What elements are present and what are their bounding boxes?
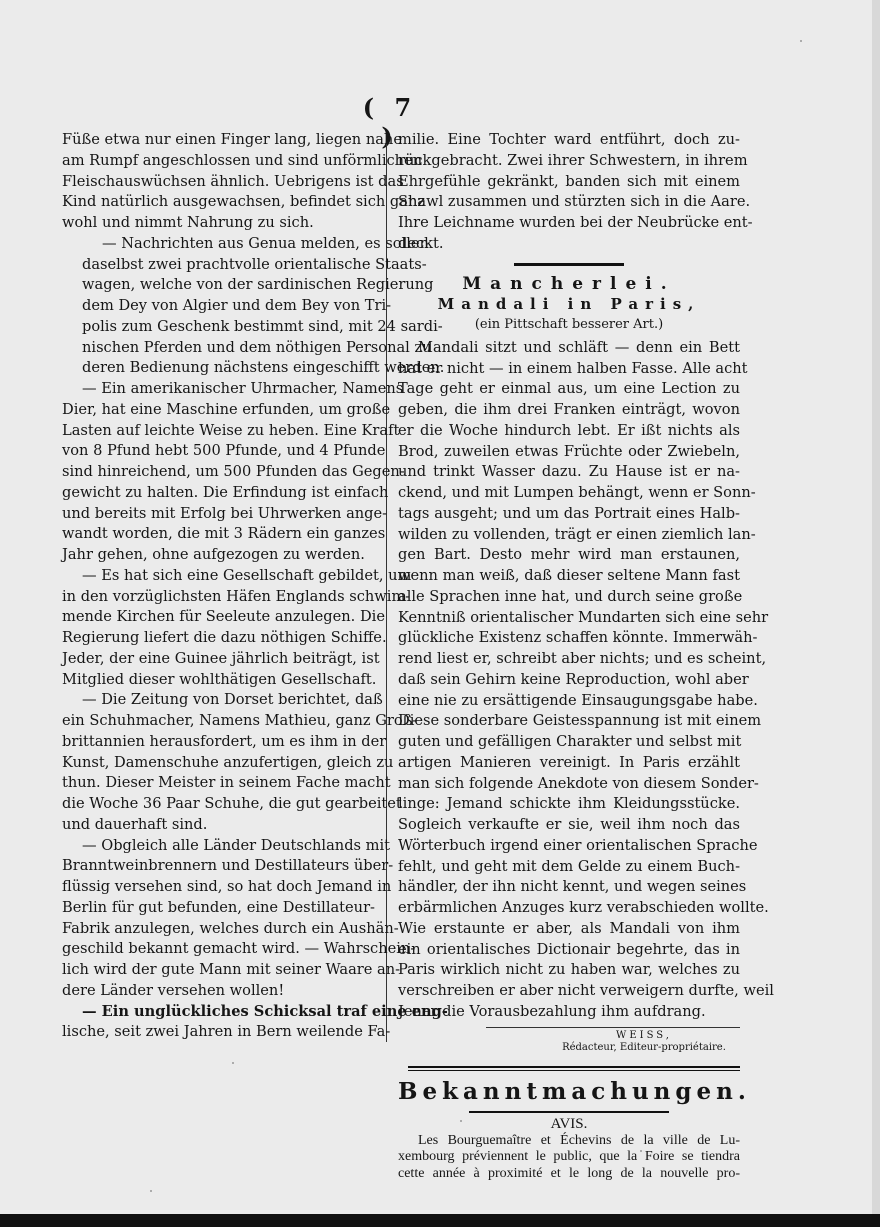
scan-bottom-edge xyxy=(0,1214,880,1227)
text-line: wagen, welche von der sardinischen Regie… xyxy=(62,275,375,296)
text-line: Regierung liefert die dazu nöthigen Schi… xyxy=(62,628,375,649)
avis-title: AVIS. xyxy=(398,1115,740,1133)
text-line: Shawl zusammen und stürzten sich in die … xyxy=(398,192,740,213)
text-line: Dier, hat eine Maschine erfunden, um gro… xyxy=(62,400,375,421)
text-line: von 8 Pfund hebt 500 Pfunde, und 4 Pfund… xyxy=(62,441,375,462)
text-line: Fabrik anzulegen, welches durch ein Aush… xyxy=(62,919,375,940)
section-heading-miscellany: Mancherlei. xyxy=(398,274,740,295)
text-line: erbärmlichen Anzuges kurz verabschieden … xyxy=(398,898,740,919)
text-line: am Rumpf angeschlossen und sind unförmli… xyxy=(62,151,375,172)
text-line: die Woche 36 Paar Schuhe, die gut gearbe… xyxy=(62,794,375,815)
text-line: hat er nicht — in einem halben Fasse. Al… xyxy=(398,359,740,380)
text-line: wenn man weiß, daß dieser seltene Mann f… xyxy=(398,566,740,587)
signature-rule xyxy=(486,1027,740,1028)
text-line: deren Bedienung nächstens eingeschifft w… xyxy=(62,358,375,379)
scan-speck xyxy=(232,1062,234,1064)
text-line: milie. Eine Tochter ward entführt, doch … xyxy=(398,130,740,151)
text-line: sind hinreichend, um 500 Pfunden das Geg… xyxy=(62,462,375,483)
text-line: thun. Dieser Meister in seinem Fache mac… xyxy=(62,773,375,794)
text-line: deckt. xyxy=(398,234,740,255)
text-line: cette année à proximité et le long de la… xyxy=(398,1166,740,1183)
text-line: ckend, und mit Lumpen behängt, wenn er S… xyxy=(398,483,740,504)
text-line: fehlt, und geht mit dem Gelde zu einem B… xyxy=(398,857,740,878)
text-line: ein Schuhmacher, Namens Mathieu, ganz Gr… xyxy=(62,711,375,732)
text-line: ein orientalisches Dictionair begehrte, … xyxy=(398,940,740,961)
right-column: milie. Eine Tochter ward entführt, doch … xyxy=(398,130,740,1182)
text-line: Lasten auf leichte Weise zu heben. Eine … xyxy=(62,421,375,442)
text-line: Jahr gehen, ohne aufgezogen zu werden. xyxy=(62,545,375,566)
text-line: wandt worden, die mit 3 Rädern ein ganze… xyxy=(62,524,375,545)
text-line: — Obgleich alle Länder Deutschlands mit xyxy=(62,836,375,857)
text-line: tags ausgeht; und um das Portrait eines … xyxy=(398,504,740,525)
text-line: verschreiben er aber nicht verweigern du… xyxy=(398,981,740,1002)
text-line: lich wird der gute Mann mit seiner Waare… xyxy=(62,960,375,981)
scan-right-edge xyxy=(872,0,880,1214)
article-american-watchmaker: — Ein amerikanischer Uhrmacher, Namens D… xyxy=(62,379,375,566)
text-line: artigen Manieren vereinigt. In Paris erz… xyxy=(398,753,740,774)
newspaper-page: ( 7 ) Füße etwa nur einen Finger lang, l… xyxy=(0,0,874,1214)
scan-speck xyxy=(460,1120,462,1122)
editor-title: Rédacteur, Editeur-propriétaire. xyxy=(548,1042,740,1054)
text-line: Mandali sitzt und schläft — denn ein Bet… xyxy=(398,338,740,359)
text-line: Wie erstaunte er aber, als Mandali von i… xyxy=(398,919,740,940)
text-line: Ihre Leichname wurden bei der Neubrücke … xyxy=(398,213,740,234)
text-line: eine nie zu ersättigende Einsaugungsgabe… xyxy=(398,691,740,712)
text-line: und trinkt Wasser dazu. Zu Hause ist er … xyxy=(398,462,740,483)
text-line: wilden zu vollenden, trägt er einen ziem… xyxy=(398,525,740,546)
text-line: Sogleich verkaufte er sie, weil ihm noch… xyxy=(398,815,740,836)
editor-name: WEISS, xyxy=(548,1030,740,1042)
section-rule xyxy=(514,263,624,266)
scan-speck xyxy=(150,1190,152,1192)
text-line: händler, der ihn nicht kennt, und wegen … xyxy=(398,877,740,898)
text-line: geben, die ihm drei Franken einträgt, wo… xyxy=(398,400,740,421)
text-line: Mitglied dieser wohlthätigen Gesellschaf… xyxy=(62,670,375,691)
text-line: Kenntniß orientalischer Mundarten sich e… xyxy=(398,608,740,629)
text-line: Tage geht er einmal aus, um eine Lection… xyxy=(398,379,740,400)
article-title: Mandali in Paris, xyxy=(398,294,740,315)
text-line: Kunst, Damenschuhe anzufertigen, gleich … xyxy=(62,753,375,774)
section-double-rule xyxy=(408,1066,740,1071)
text-line: nischen Pferden und dem nöthigen Persona… xyxy=(62,338,375,359)
text-line: in den vorzüglichsten Häfen Englands sch… xyxy=(62,587,375,608)
text-line: — Es hat sich eine Gesellschaft gebildet… xyxy=(62,566,375,587)
text-line: und bereits mit Erfolg bei Uhrwerken ang… xyxy=(62,504,375,525)
text-line: gen Bart. Desto mehr wird man erstaunen, xyxy=(398,545,740,566)
text-line: linge: Jemand schickte ihm Kleidungsstüc… xyxy=(398,794,740,815)
text-line: wohl und nimmt Nahrung zu sich. xyxy=(62,213,375,234)
text-line: mende Kirchen für Seeleute anzulegen. Di… xyxy=(62,607,375,628)
text-line: — Die Zeitung von Dorset berichtet, daß xyxy=(62,690,375,711)
text-line: Brod, zuweilen etwas Früchte oder Zwiebe… xyxy=(398,442,740,463)
text-line: dem Dey von Algier und dem Bey von Tri- xyxy=(62,296,375,317)
text-line: Diese sonderbare Geistesspannung ist mit… xyxy=(398,711,740,732)
text-line: dere Länder versehen wollen! xyxy=(62,981,375,1002)
text-line: glückliche Existenz schaffen könnte. Imm… xyxy=(398,628,740,649)
text-line: rückgebracht. Zwei ihrer Schwestern, in … xyxy=(398,151,740,172)
text-line: xembourg préviennent le public, que la F… xyxy=(398,1149,740,1166)
section-heading-notices: Bekanntmachungen. xyxy=(398,1077,740,1107)
text-line: — Ein unglückliches Schicksal traf eine … xyxy=(62,1002,375,1023)
text-line: — Ein amerikanischer Uhrmacher, Namens xyxy=(62,379,375,400)
text-line: — Nachrichten aus Genua melden, es solle… xyxy=(62,234,375,255)
text-line: Berlin für gut befunden, eine Destillate… xyxy=(62,898,375,919)
article-malformed-child: Füße etwa nur einen Finger lang, liegen … xyxy=(62,130,375,234)
text-line: Fleischauswüchsen ähnlich. Uebrigens ist… xyxy=(62,172,375,193)
notice-fair-luxembourg: Les Bourguemaître et Échevins de la vill… xyxy=(398,1133,740,1183)
text-line: geschild bekannt gemacht wird. — Wahrsch… xyxy=(62,939,375,960)
text-line: rend liest er, schreibt aber nichts; und… xyxy=(398,649,740,670)
scan-speck xyxy=(800,40,802,42)
text-line: daß sein Gehirn keine Reproduction, wohl… xyxy=(398,670,740,691)
text-line: man sich folgende Anekdote von diesem So… xyxy=(398,774,740,795)
article-subtitle: (ein Pittschaft besserer Art.) xyxy=(398,315,740,336)
article-berlin-distillery: — Obgleich alle Länder Deutschlands mit … xyxy=(62,836,375,1002)
text-line: flüssig versehen sind, so hat doch Jeman… xyxy=(62,877,375,898)
scan-speck xyxy=(640,1150,642,1152)
text-line: Wörterbuch irgend einer orientalischen S… xyxy=(398,836,740,857)
text-line: Kind natürlich ausgewachsen, befindet si… xyxy=(62,192,375,213)
article-floating-churches: — Es hat sich eine Gesellschaft gebildet… xyxy=(62,566,375,691)
text-line: lische, seit zwei Jahren in Bern weilend… xyxy=(62,1022,375,1043)
text-line: polis zum Geschenk bestimmt sind, mit 24… xyxy=(62,317,375,338)
text-line: guten und gefälligen Charakter und selbs… xyxy=(398,732,740,753)
text-line: Jener die Vorausbezahlung ihm aufdrang. xyxy=(398,1002,740,1023)
article-bern-fate: — Ein unglückliches Schicksal traf eine … xyxy=(62,1002,375,1044)
text-line: Les Bourguemaître et Échevins de la vill… xyxy=(398,1133,740,1150)
text-line: er die Woche hindurch lebt. Er ißt nicht… xyxy=(398,421,740,442)
text-line: Jeder, der eine Guinee jährlich beiträgt… xyxy=(62,649,375,670)
text-line: Paris wirklich nicht zu haben war, welch… xyxy=(398,960,740,981)
article-mandali-body: Mandali sitzt und schläft — denn ein Bet… xyxy=(398,338,740,1023)
text-line: Branntweinbrennern und Destillateurs übe… xyxy=(62,856,375,877)
article-bern-fate-continued: milie. Eine Tochter ward entführt, doch … xyxy=(398,130,740,255)
text-line: daselbst zwei prachtvolle orientalische … xyxy=(62,255,375,276)
text-line: gewicht zu halten. Die Erfindung ist ein… xyxy=(62,483,375,504)
text-line: Ehrgefühle gekränkt, banden sich mit ein… xyxy=(398,172,740,193)
notices-rule xyxy=(469,1111,669,1113)
left-column: Füße etwa nur einen Finger lang, liegen … xyxy=(62,130,375,1043)
article-genua-carriages: — Nachrichten aus Genua melden, es solle… xyxy=(62,234,375,379)
text-line: alle Sprachen inne hat, und durch seine … xyxy=(398,587,740,608)
article-dorset-shoemaker: — Die Zeitung von Dorset berichtet, daß … xyxy=(62,690,375,835)
text-line: Füße etwa nur einen Finger lang, liegen … xyxy=(62,130,375,151)
text-line: brittannien herausfordert, um es ihm in … xyxy=(62,732,375,753)
text-line: und dauerhaft sind. xyxy=(62,815,375,836)
